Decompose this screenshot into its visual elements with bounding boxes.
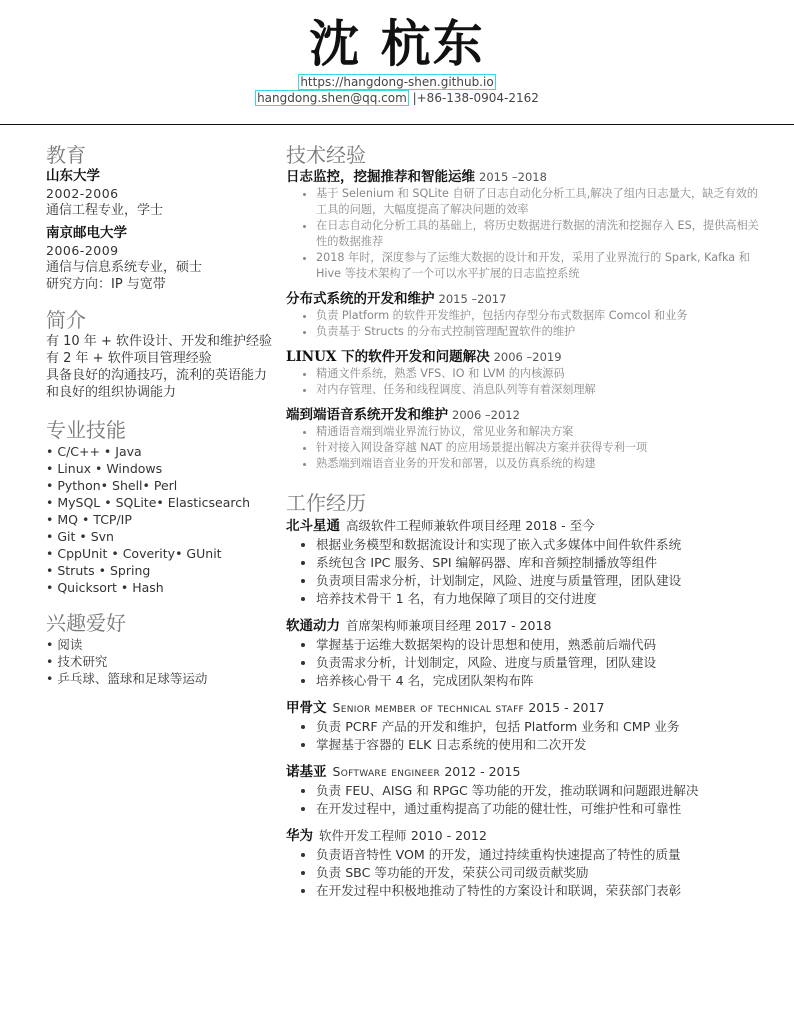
job-bullets: 负责 PCRF 产品的开发和维护，包括 Platform 业务和 CMP 业务 … <box>286 718 766 754</box>
skill-item: • MySQL • SQLite• Elasticsearch <box>46 494 276 511</box>
project-item: 端到端语音系统开发和维护2006 –2012 精通语音端到端业界流行协议，常见业… <box>286 406 766 472</box>
education-item: 山东大学 2002-2006 通信工程专业，学士 <box>46 168 276 219</box>
summary-line: 有 10 年 + 软件设计、开发和维护经验 <box>46 333 276 350</box>
job-company: 诺基亚 <box>286 764 327 780</box>
project-bullet: 针对接入网设备穿越 NAT 的应用场景提出解决方案并获得专利一项 <box>316 440 766 456</box>
job-bullet: 负责语音特性 VOM 的开发，通过持续重构快速提高了特性的质量 <box>316 846 766 864</box>
project-bullet: 负责基于 Structs 的分布式控制管理配置软件的维护 <box>316 324 766 340</box>
job-header: 软通动力首席架构师兼项目经理 2017 - 2018 <box>286 616 766 636</box>
job-company: 甲骨文 <box>286 700 327 716</box>
school-name: 南京邮电大学 <box>46 225 276 242</box>
skill-item: • MQ • TCP/IP <box>46 511 276 528</box>
job-bullets: 掌握基于运维大数据架构的设计思想和使用，熟悉前后端代码 负责需求分析，计划制定，… <box>286 636 766 690</box>
job-header: 北斗星通高级软件工程师兼软件项目经理 2018 - 至今 <box>286 516 766 536</box>
project-bullets: 基于 Selenium 和 SQLite 自研了日志自动化分析工具,解决了组内日… <box>286 186 766 282</box>
phone-number: |+86-138-0904-2162 <box>409 91 539 105</box>
contact-line: hangdong.shen@qq.com |+86-138-0904-2162 <box>0 90 794 106</box>
school-name: 山东大学 <box>46 168 276 185</box>
job-company: 北斗星通 <box>286 518 340 534</box>
summary-title: 简介 <box>46 307 276 333</box>
hobby-item: • 乒乓球、篮球和足球等运动 <box>46 670 276 687</box>
job-bullet: 培养技术骨干 1 名，有力地保障了项目的交付进度 <box>316 590 766 608</box>
project-bullet: 2018 年时，深度参与了运维大数据的设计和开发，采用了业界流行的 Spark,… <box>316 250 766 282</box>
job-header: 华为软件开发工程师 2010 - 2012 <box>286 826 766 846</box>
job-item: 北斗星通高级软件工程师兼软件项目经理 2018 - 至今 根据业务模型和数据流设… <box>286 516 766 608</box>
project-item: LINUX 下的软件开发和问题解决2006 –2019 精通文件系统，熟悉 VF… <box>286 348 766 398</box>
project-bullet: 对内存管理、任务和线程调度、消息队列等有着深刻理解 <box>316 382 766 398</box>
job-role: Software engineer <box>333 764 441 779</box>
website-link[interactable]: https://hangdong-shen.github.io <box>298 74 495 90</box>
project-years: 2015 –2017 <box>439 292 507 306</box>
project-bullet: 熟悉端到端语音业务的开发和部署，以及仿真系统的构建 <box>316 456 766 472</box>
hobby-item: • 阅读 <box>46 636 276 653</box>
job-bullet: 掌握基于运维大数据架构的设计思想和使用，熟悉前后端代码 <box>316 636 766 654</box>
school-years: 2006-2009 <box>46 242 276 259</box>
project-title: LINUX 下的软件开发和问题解决2006 –2019 <box>286 348 766 366</box>
job-bullet: 负责 FEU、AISG 和 RPGC 等功能的开发，推动联调和问题跟进解决 <box>316 782 766 800</box>
job-bullet: 负责需求分析，计划制定，风险、进度与质量管理，团队建设 <box>316 654 766 672</box>
school-detail: 通信工程专业，学士 <box>46 202 276 219</box>
job-bullet: 负责项目需求分析，计划制定，风险、进度与质量管理，团队建设 <box>316 572 766 590</box>
header-divider <box>0 124 794 125</box>
resume-header: 沈 杭东 https://hangdong-shen.github.io han… <box>0 14 794 106</box>
project-years: 2015 –2018 <box>479 170 547 184</box>
job-bullet: 培养核心骨干 4 名，完成团队架构布阵 <box>316 672 766 690</box>
project-title: 端到端语音系统开发和维护2006 –2012 <box>286 406 766 424</box>
skill-item: • Python• Shell• Perl <box>46 477 276 494</box>
skill-item: • C/C++ • Java <box>46 443 276 460</box>
project-item: 分布式系统的开发和维护2015 –2017 负责 Platform 的软件开发维… <box>286 290 766 340</box>
project-title: 分布式系统的开发和维护2015 –2017 <box>286 290 766 308</box>
job-bullet: 根据业务模型和数据流设计和实现了嵌入式多媒体中间件软件系统 <box>316 536 766 554</box>
job-bullet: 在开发过程中积极地推动了特性的方案设计和联调，荣获部门表彰 <box>316 882 766 900</box>
email-link[interactable]: hangdong.shen@qq.com <box>255 90 409 106</box>
job-item: 诺基亚Software engineer 2012 - 2015 负责 FEU、… <box>286 762 766 818</box>
website-line: https://hangdong-shen.github.io <box>0 74 794 90</box>
skill-item: • Struts • Spring <box>46 562 276 579</box>
education-item: 南京邮电大学 2006-2009 通信与信息系统专业，硕士 研究方向：IP 与宽… <box>46 225 276 293</box>
job-item: 甲骨文Senior member of technical staff 2015… <box>286 698 766 754</box>
job-role: 首席架构师兼项目经理 <box>346 618 471 633</box>
job-company: 软通动力 <box>286 618 340 634</box>
job-header: 诺基亚Software engineer 2012 - 2015 <box>286 762 766 782</box>
project-bullet: 基于 Selenium 和 SQLite 自研了日志自动化分析工具,解决了组内日… <box>316 186 766 218</box>
project-years: 2006 –2012 <box>452 408 520 422</box>
hobby-item: • 技术研究 <box>46 653 276 670</box>
job-header: 甲骨文Senior member of technical staff 2015… <box>286 698 766 718</box>
school-detail: 研究方向：IP 与宽带 <box>46 276 276 293</box>
work-experience-title: 工作经历 <box>286 490 766 516</box>
job-bullets: 根据业务模型和数据流设计和实现了嵌入式多媒体中间件软件系统 系统包含 IPC 服… <box>286 536 766 608</box>
job-years: 2018 - 至今 <box>525 518 594 533</box>
summary-line: 具备良好的沟通技巧，流利的英语能力和良好的组织协调能力 <box>46 367 276 401</box>
hobbies-title: 兴趣爱好 <box>46 610 276 636</box>
job-role: Senior member of technical staff <box>333 700 525 715</box>
project-years: 2006 –2019 <box>494 350 562 364</box>
job-years: 2010 - 2012 <box>411 828 487 843</box>
skill-item: • CppUnit • Coverity• GUnit <box>46 545 276 562</box>
skills-list: • C/C++ • Java • Linux • Windows • Pytho… <box>46 443 276 596</box>
project-bullets: 负责 Platform 的软件开发维护，包括内存型分布式数据库 Comcol 和… <box>286 308 766 340</box>
school-years: 2002-2006 <box>46 185 276 202</box>
skill-item: • Quicksort • Hash <box>46 579 276 596</box>
job-role: 软件开发工程师 <box>319 828 407 843</box>
job-years: 2012 - 2015 <box>444 764 520 779</box>
job-years: 2017 - 2018 <box>475 618 551 633</box>
left-column: 教育 山东大学 2002-2006 通信工程专业，学士 南京邮电大学 2006-… <box>46 142 276 687</box>
project-title: 日志监控，挖掘推荐和智能运维2015 –2018 <box>286 168 766 186</box>
project-bullet: 精通文件系统，熟悉 VFS、IO 和 LVM 的内核源码 <box>316 366 766 382</box>
education-title: 教育 <box>46 142 276 168</box>
job-bullet: 负责 SBC 等功能的开发，荣获公司司级贡献奖励 <box>316 864 766 882</box>
job-bullets: 负责语音特性 VOM 的开发，通过持续重构快速提高了特性的质量 负责 SBC 等… <box>286 846 766 900</box>
right-column: 技术经验 日志监控，挖掘推荐和智能运维2015 –2018 基于 Seleniu… <box>286 142 766 908</box>
project-bullet: 负责 Platform 的软件开发维护，包括内存型分布式数据库 Comcol 和… <box>316 308 766 324</box>
job-item: 软通动力首席架构师兼项目经理 2017 - 2018 掌握基于运维大数据架构的设… <box>286 616 766 690</box>
job-item: 华为软件开发工程师 2010 - 2012 负责语音特性 VOM 的开发，通过持… <box>286 826 766 900</box>
job-years: 2015 - 2017 <box>528 700 604 715</box>
job-role: 高级软件工程师兼软件项目经理 <box>346 518 521 533</box>
project-bullets: 精通文件系统，熟悉 VFS、IO 和 LVM 的内核源码 对内存管理、任务和线程… <box>286 366 766 398</box>
project-bullets: 精通语音端到端业界流行协议，常见业务和解决方案 针对接入网设备穿越 NAT 的应… <box>286 424 766 472</box>
project-item: 日志监控，挖掘推荐和智能运维2015 –2018 基于 Selenium 和 S… <box>286 168 766 282</box>
person-name: 沈 杭东 <box>0 14 794 74</box>
skill-item: • Linux • Windows <box>46 460 276 477</box>
job-bullet: 在开发过程中，通过重构提高了功能的健壮性，可维护性和可靠性 <box>316 800 766 818</box>
job-bullet: 负责 PCRF 产品的开发和维护，包括 Platform 业务和 CMP 业务 <box>316 718 766 736</box>
job-bullet: 系统包含 IPC 服务、SPI 编解码器、库和音频控制播放等组件 <box>316 554 766 572</box>
summary-line: 有 2 年 + 软件项目管理经验 <box>46 350 276 367</box>
job-bullet: 掌握基于容器的 ELK 日志系统的使用和二次开发 <box>316 736 766 754</box>
skills-title: 专业技能 <box>46 417 276 443</box>
tech-experience-title: 技术经验 <box>286 142 766 168</box>
job-bullets: 负责 FEU、AISG 和 RPGC 等功能的开发，推动联调和问题跟进解决 在开… <box>286 782 766 818</box>
hobbies-list: • 阅读 • 技术研究 • 乒乓球、篮球和足球等运动 <box>46 636 276 687</box>
project-bullet: 在日志自动化分析工具的基础上，将历史数据进行数据的清洗和挖掘存入 ES，提供高相… <box>316 218 766 250</box>
project-bullet: 精通语音端到端业界流行协议，常见业务和解决方案 <box>316 424 766 440</box>
skill-item: • Git • Svn <box>46 528 276 545</box>
school-detail: 通信与信息系统专业，硕士 <box>46 259 276 276</box>
job-company: 华为 <box>286 828 313 844</box>
